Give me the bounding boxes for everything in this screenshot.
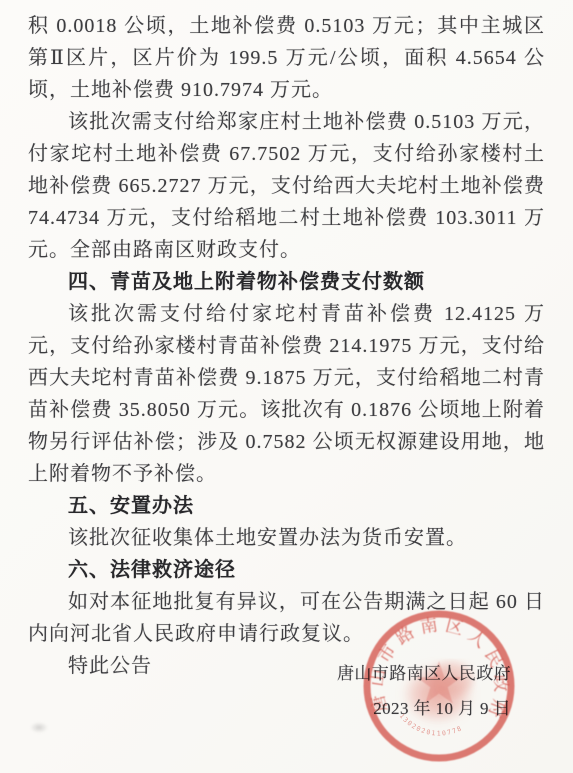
- heading-section-5: 五、安置办法: [28, 490, 545, 522]
- paragraph-seedling-compensation-payments: 该批次需支付给付家坨村青苗补偿费 12.4125 万元，支付给孙家楼村青苗补偿费…: [28, 298, 545, 490]
- scan-artifact-smudge: [30, 722, 48, 733]
- heading-section-6: 六、法律救济途径: [28, 554, 545, 586]
- heading-section-4: 四、青苗及地上附着物补偿费支付数额: [28, 266, 545, 298]
- paragraph-land-compensation-payments: 该批次需支付给郑家庄村土地补偿费 0.5103 万元，付家坨村土地补偿费 67.…: [28, 106, 545, 266]
- paragraph-land-compensation-intro: 积 0.0018 公顷，土地补偿费 0.5103 万元；其中主城区第Ⅱ区片，区片…: [28, 10, 545, 106]
- scanned-notice-page: 积 0.0018 公顷，土地补偿费 0.5103 万元；其中主城区第Ⅱ区片，区片…: [0, 0, 573, 773]
- paragraph-resettlement-method: 该批次征收集体土地安置办法为货币安置。: [28, 522, 545, 554]
- government-seal: 唐山市路南区人民政府 1302020110778: [354, 601, 524, 771]
- document-body: 积 0.0018 公顷，土地补偿费 0.5103 万元；其中主城区第Ⅱ区片，区片…: [0, 0, 573, 682]
